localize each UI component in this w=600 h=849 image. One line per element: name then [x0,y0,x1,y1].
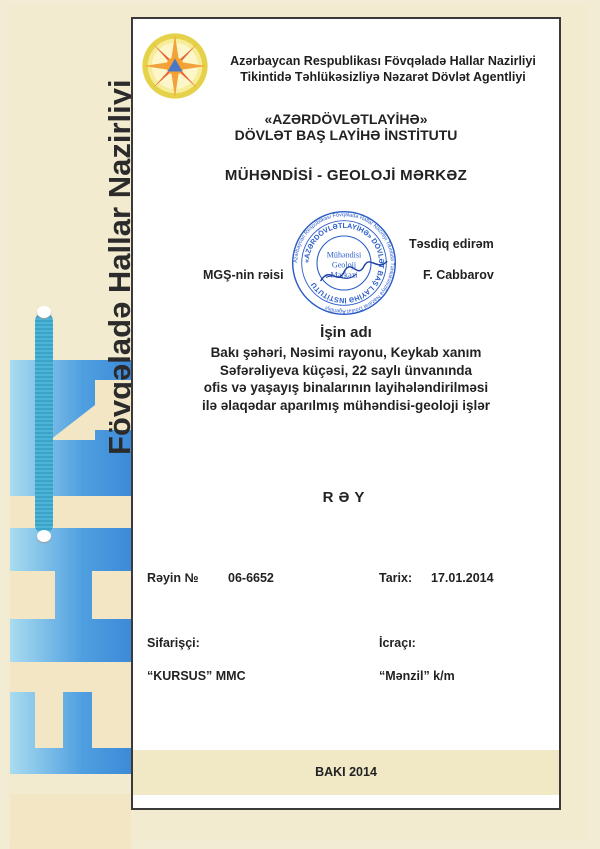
official-stamp-icon: Azərbaycan Respublikası Fövqəladə Hallar… [290,209,398,317]
contractor-label: İcraçı: [379,636,416,650]
work-line: ilə əlaqədar aparılmış mühəndisi-geoloji… [153,397,539,415]
date-label: Tarix: [379,571,412,585]
tube-cap-bottom [37,530,51,542]
decor-block [10,571,55,619]
customer-label: Sifarişçi: [147,636,200,650]
stamp-center-line-1: Mühəndisi [327,251,362,260]
binding-tube [35,312,53,534]
footer-band: BAKI 2014 [133,750,559,795]
document-type: RƏY [133,489,559,506]
institute-name: «AZƏRDÖVLƏTLAYİHƏ» [133,111,559,127]
decor-block [35,692,63,748]
institute-subtitle: DÖVLƏT BAŞ LAYİHƏ İNSTİTUTU [133,127,559,143]
agency-line-2: Tikintidə Təhlükəsizliyə Nəzarət Dövlət … [213,69,553,85]
work-line: Bakı şəhəri, Nəsimi rayonu, Keykab xanım [153,344,539,362]
document-frame: Azərbaycan Respublikası Fövqəladə Hallar… [131,17,561,810]
place-year: BAKI 2014 [133,765,559,779]
opinion-number-label: Rəyin № [147,571,198,585]
work-title-label: İşin adı [133,324,559,341]
head-label: MGŞ-nin rəisi [203,268,284,282]
decor-block [10,662,131,692]
decor-block [92,571,131,619]
contractor-name: “Mənzil” k/m [379,669,455,683]
side-banner: Fövqəladə Hallar Nazirliyi [10,0,131,849]
ministry-vertical-title: Fövqəladə Hallar Nazirliyi [102,79,131,455]
date-value: 17.01.2014 [431,571,494,585]
agency-line-1: Azərbaycan Respublikası Fövqəladə Hallar… [213,53,553,69]
centre-name: MÜHƏNDİSİ - GEOLOJİ MƏRKƏZ [133,167,559,184]
opinion-number: 06-6652 [228,571,274,585]
approve-label: Təsdiq edirəm [409,237,494,251]
decor-block [10,496,131,528]
decor-block [10,794,131,849]
customer-name: “KURSUS” MMC [147,669,246,683]
agency-name: Azərbaycan Respublikası Fövqəladə Hallar… [213,53,553,85]
approver-name: F. Cabbarov [423,268,494,282]
decor-block [92,692,131,748]
work-line: ofis və yaşayış binalarının layihələndir… [153,379,539,397]
work-description: Bakı şəhəri, Nəsimi rayonu, Keykab xanım… [153,344,539,414]
emergency-ministry-emblem-icon [141,32,209,100]
work-line: Səfərəliyeva küçəsi, 22 saylı ünvanında [153,362,539,380]
tube-cap-top [37,306,51,318]
